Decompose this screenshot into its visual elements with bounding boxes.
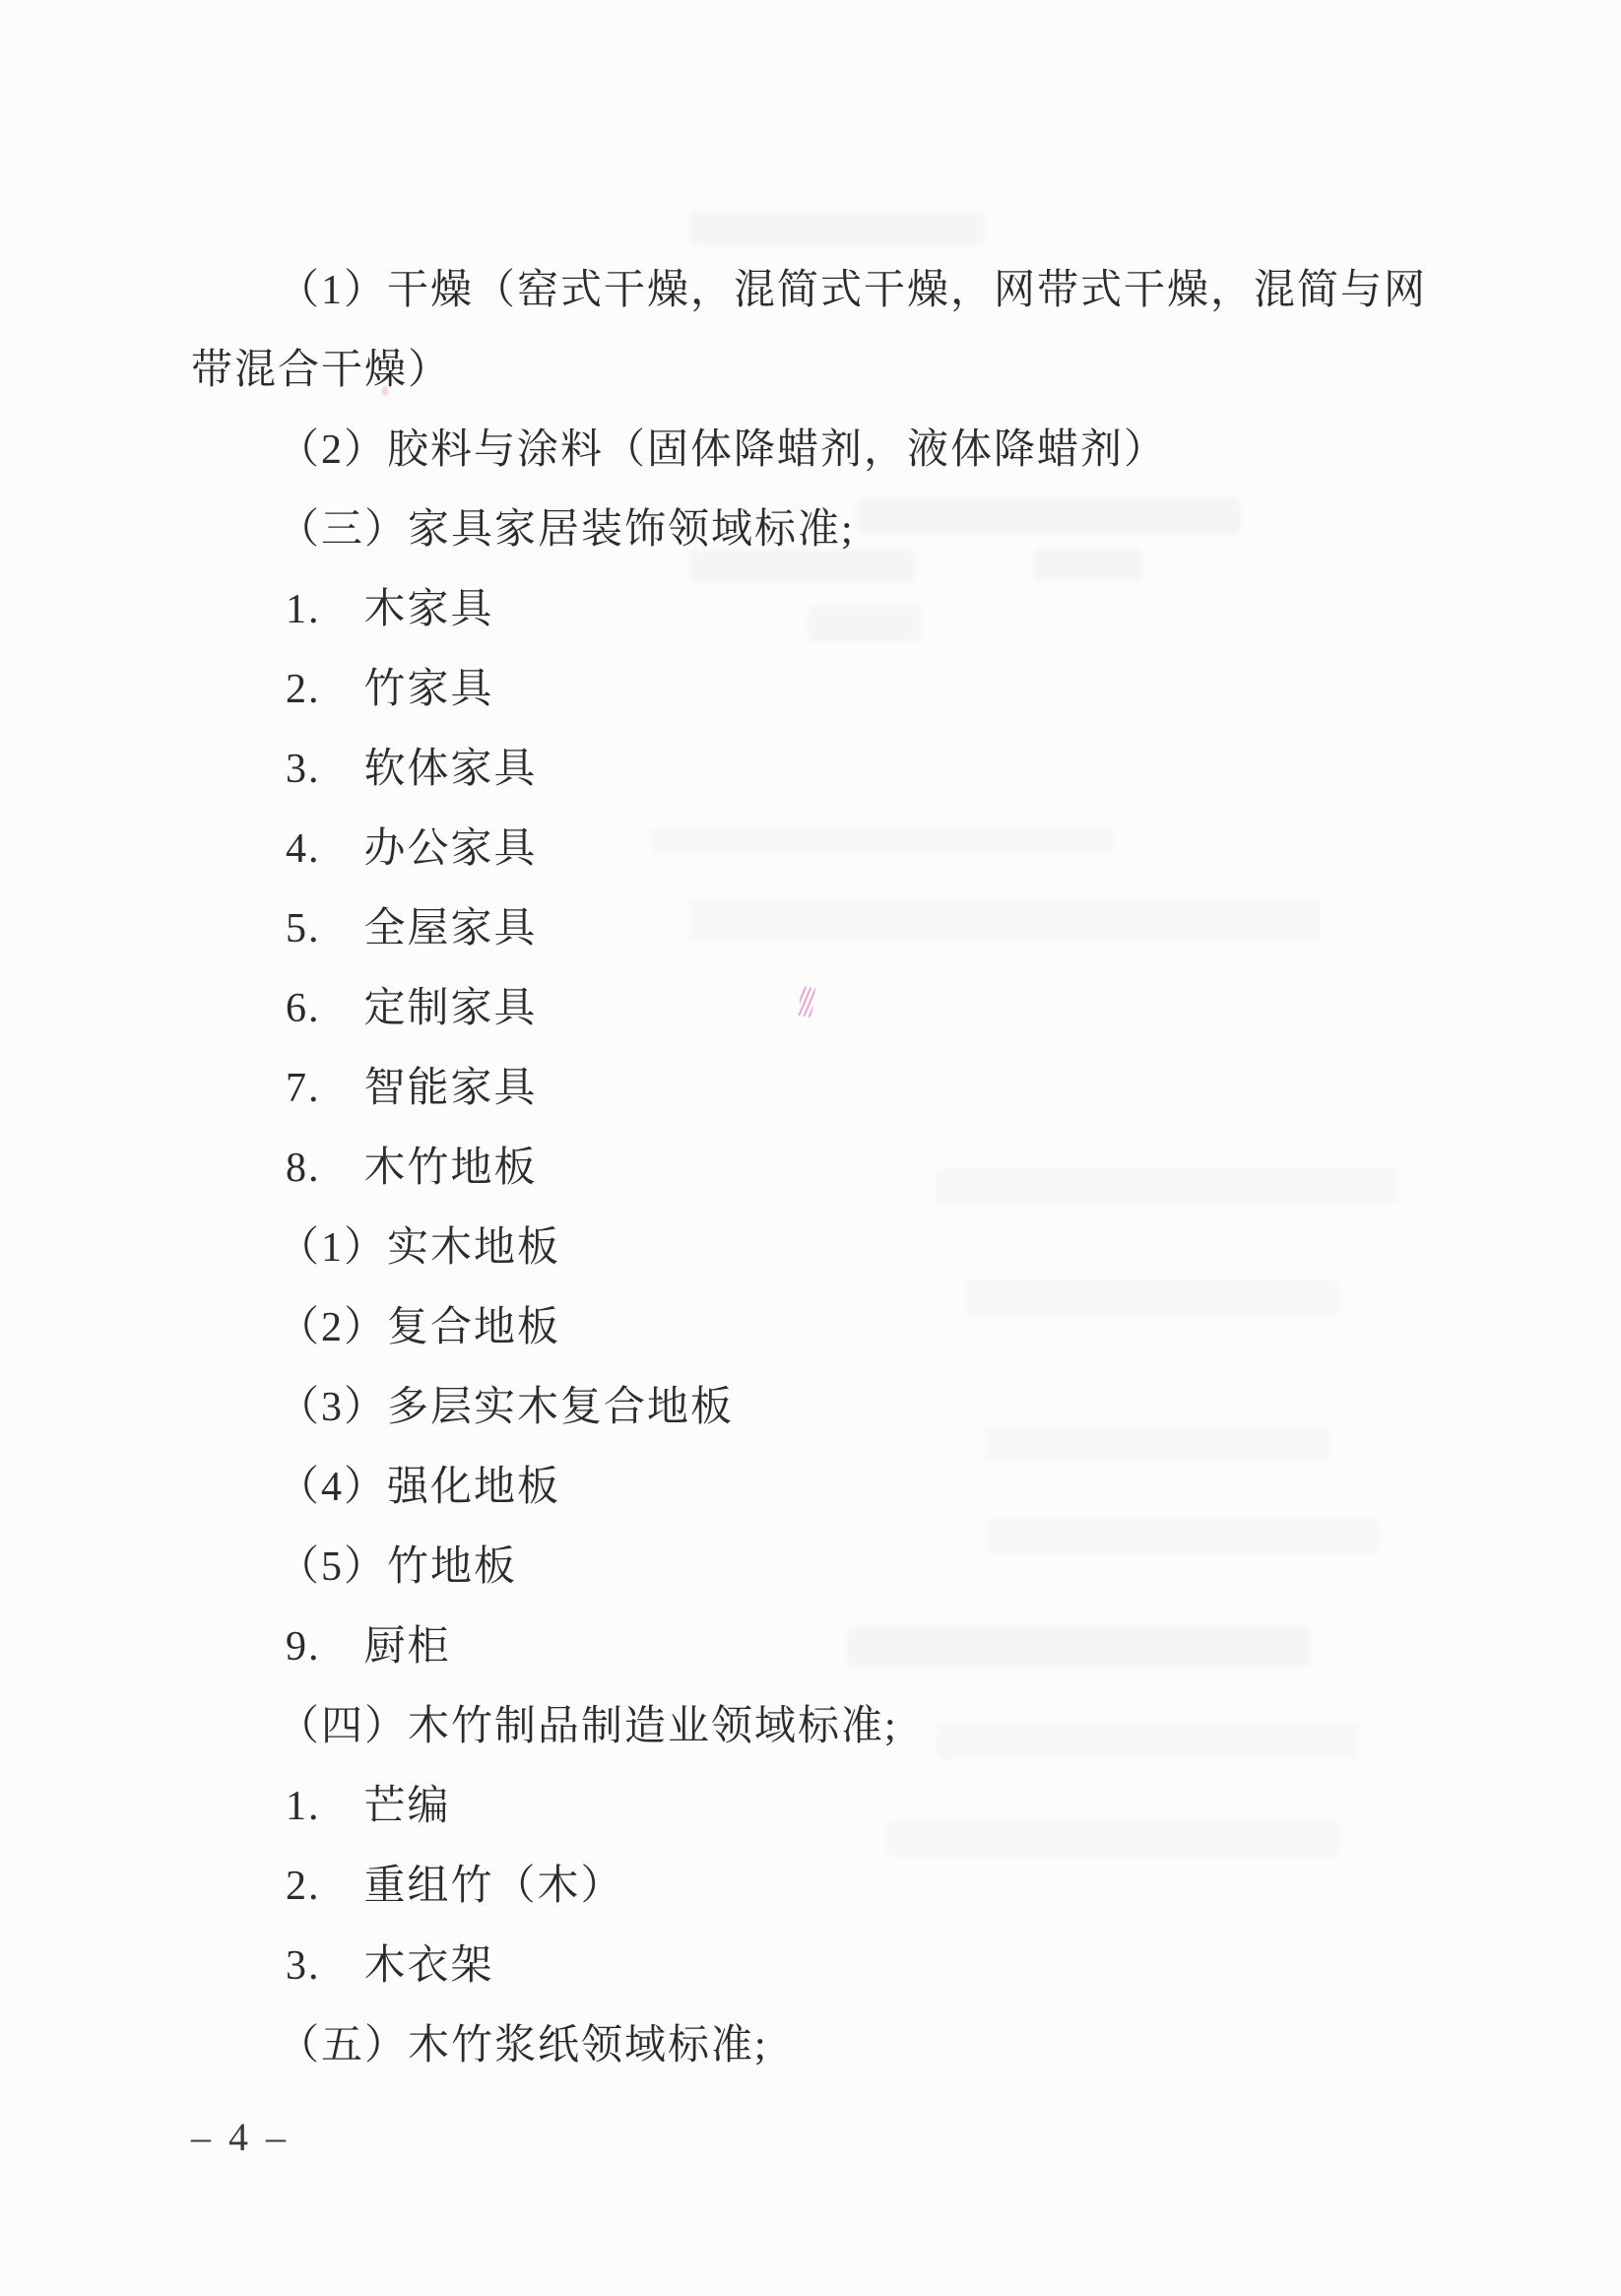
text-line-section-heading: （四）木竹制品制造业领域标准; — [191, 1687, 1521, 1767]
text-line-section-heading: （五）木竹浆纸领域标准; — [191, 2006, 1521, 2086]
bleed-through-artifact — [689, 212, 985, 245]
text-line-list-item: 3. 软体家具 — [191, 730, 1521, 810]
text-line-sub-item: （4）强化地板 — [191, 1448, 1521, 1528]
text-line-list-item: 7. 智能家具 — [191, 1049, 1521, 1129]
text-line-sub-item: （2）复合地板 — [191, 1288, 1521, 1368]
text-line-sub-item: （1）实木地板 — [191, 1209, 1521, 1288]
text-line-section-heading: （三）家具家居装饰领域标准; — [191, 491, 1521, 570]
text-line-list-item: 1. 木家具 — [191, 570, 1521, 650]
page-number: – 4 – — [191, 2114, 290, 2160]
text-line-list-item: 1. 芒编 — [191, 1767, 1521, 1847]
text-line-sub-item: （5）竹地板 — [191, 1528, 1521, 1607]
document-page: （1）干燥（窑式干燥，混简式干燥，网带式干燥，混简与网 带混合干燥） （2）胶料… — [0, 0, 1621, 2296]
text-line: 带混合干燥） — [191, 331, 1521, 411]
text-line: （1）干燥（窑式干燥，混简式干燥，网带式干燥，混简与网 — [191, 251, 1521, 331]
document-body: （1）干燥（窑式干燥，混简式干燥，网带式干燥，混简与网 带混合干燥） （2）胶料… — [191, 251, 1521, 2086]
text-line: （2）胶料与涂料（固体降蜡剂，液体降蜡剂） — [191, 411, 1521, 491]
text-line-list-item: 2. 竹家具 — [191, 650, 1521, 730]
text-line-sub-item: （3）多层实木复合地板 — [191, 1368, 1521, 1448]
text-line-list-item: 8. 木竹地板 — [191, 1129, 1521, 1209]
text-line-list-item: 3. 木衣架 — [191, 1927, 1521, 2006]
text-line-list-item: 6. 定制家具 — [191, 969, 1521, 1049]
text-line-list-item: 2. 重组竹（木） — [191, 1847, 1521, 1927]
text-line-list-item: 5. 全屋家具 — [191, 889, 1521, 969]
text-line-list-item: 9. 厨柜 — [191, 1607, 1521, 1687]
text-line-list-item: 4. 办公家具 — [191, 810, 1521, 889]
